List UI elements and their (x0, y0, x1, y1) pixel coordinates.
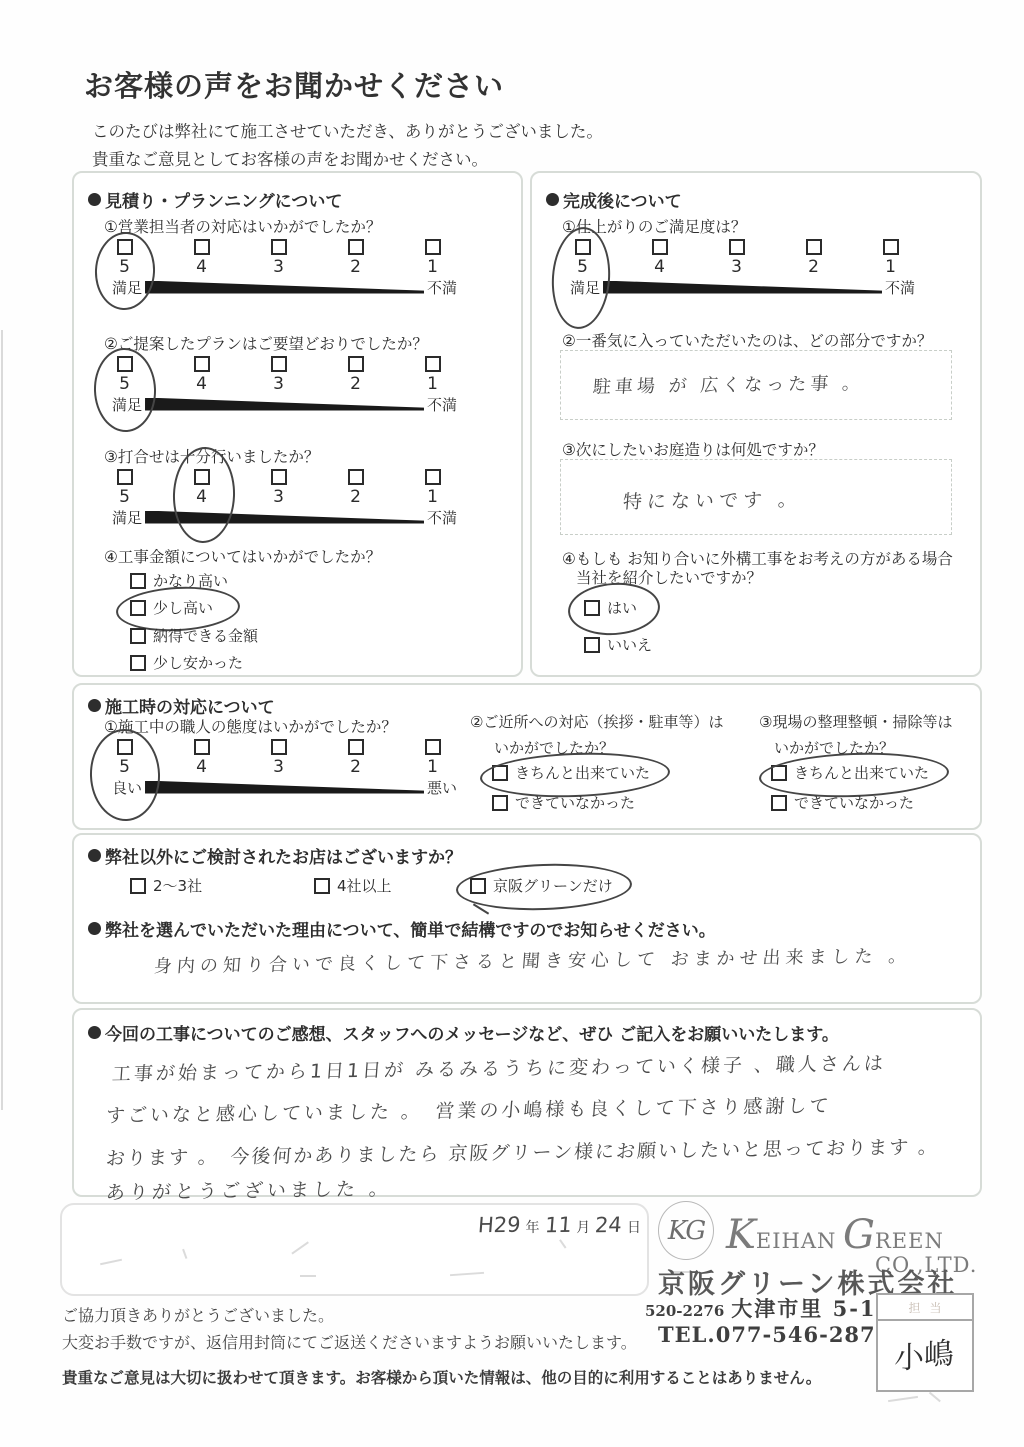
construction-q2-option-done: きちんと出来ていた (492, 762, 650, 783)
construction-q3-option-notdone: できていなかった (771, 792, 914, 813)
checkbox (130, 878, 146, 894)
planning-q4-label: ④工事金額についてはいかがでしたか？ (104, 545, 381, 567)
construction-q2-label-line1: ②ご近所への対応（挨拶・駐車等）は (470, 711, 723, 732)
scale-number: 2 (808, 257, 819, 277)
scale-label-bad: 悪い (427, 777, 457, 798)
comparison-option-2: 4社以上 (314, 875, 392, 896)
construction-q3-option-done: きちんと出来ていた (771, 762, 929, 783)
date-month-suffix: 月 (576, 1217, 590, 1237)
date-era-year: H29 (477, 1213, 521, 1238)
comparison-reason-answer: 身内の知り合いで良くして下さると聞き安心して おまかせ出来ました 。 (153, 942, 912, 979)
scale-label-dissatisfied: 不満 (427, 394, 457, 415)
pencil-smudge (291, 1241, 308, 1254)
checkbox-3 (729, 239, 745, 255)
scale-number: 1 (427, 487, 438, 507)
section-construction: 施工時の対応について ①施工中の職人の態度はいかがでしたか？ 5 4 3 2 1… (72, 683, 982, 830)
section-comparison: 弊社以外にご検討されたお店はございますか？ 2～3社 4社以上 京阪グリーンだけ… (72, 833, 982, 1004)
checkbox-3 (271, 239, 287, 255)
bullet-icon (88, 193, 101, 206)
checkbox-3 (271, 469, 287, 485)
scale-label-dissatisfied: 不満 (427, 507, 457, 528)
construction-q1-label: ①施工中の職人の態度はいかがでしたか？ (104, 715, 397, 737)
comparison-option-1: 2～3社 (130, 875, 202, 896)
scale-label-dissatisfied: 不満 (885, 277, 915, 298)
footer-line-2: 大変お手数ですが、返信用封筒にてご返送くださいますようお願いいたします。 (62, 1330, 637, 1353)
company-zip: 520-2276 (645, 1302, 724, 1320)
checkbox (771, 795, 787, 811)
bullet-icon (546, 193, 559, 206)
scale-number: 3 (273, 374, 284, 394)
completion-q2-label: ②一番気に入っていただいたのは、どの部分ですか？ (562, 329, 932, 351)
feedback-line-2: すごいなと感心していました 。 営業の小嶋様も良くして下さり感謝して (105, 1091, 832, 1128)
comparison-option-3: 京阪グリーンだけ (470, 875, 613, 896)
scale-number: 3 (273, 487, 284, 507)
checkbox-4 (194, 239, 210, 255)
scale-number: 4 (196, 757, 207, 777)
footer-line-1: ご協力頂きありがとうございました。 (62, 1303, 334, 1326)
scale-number: 2 (350, 487, 361, 507)
planning-q4-option-2: 少し高い (130, 597, 213, 618)
pencil-smudge (929, 1392, 941, 1402)
staff-stamp-label: 担当 (878, 1295, 972, 1321)
checkbox-4 (652, 239, 668, 255)
scale-number: 2 (350, 257, 361, 277)
checkbox-4 (194, 739, 210, 755)
scale-number: 4 (196, 257, 207, 277)
date-day-suffix: 日 (627, 1217, 641, 1237)
completion-q1-rating: 5 4 3 2 1 満足 不満 (544, 239, 929, 297)
construction-q1-rating: 5 4 3 2 1 良い 悪い (86, 739, 471, 797)
scale-number: 4 (196, 374, 207, 394)
comparison-shops-question: 弊社以外にご検討されたお店はございますか？ (105, 843, 462, 868)
scale-gradient-wedge (603, 281, 882, 294)
checkbox-2 (348, 469, 364, 485)
pencil-smudge (560, 1239, 567, 1248)
section-planning: 見積り・プランニングについて ①営業担当者の対応はいかがでしたか？ 5 4 3 … (72, 171, 523, 677)
option-label: できていなかった (515, 792, 635, 813)
checkbox (130, 655, 146, 671)
planning-header: 見積り・プランニングについて (105, 187, 342, 212)
completion-q3-answer-box: 特にないです 。 (560, 459, 952, 535)
scale-gradient-wedge (145, 398, 424, 411)
planning-q1-label: ①営業担当者の対応はいかがでしたか？ (104, 215, 381, 237)
scale-gradient-wedge (145, 781, 424, 794)
scale-number: 4 (654, 257, 665, 277)
checkbox (130, 573, 146, 589)
feedback-line-3: おります 。 今後何かありましたら 京阪グリーン様にお願いしたいと思っております… (105, 1132, 940, 1171)
staff-name-signature: 小嶋 (894, 1328, 954, 1379)
completion-q4-option-no: いいえ (584, 634, 652, 655)
pencil-smudge (100, 1259, 122, 1265)
date-line: H29 年 11 月 24 日 (478, 1213, 641, 1237)
scale-number: 5 (119, 487, 130, 507)
option-label: 4社以上 (337, 875, 392, 896)
bullet-icon (88, 849, 101, 862)
checkbox-1 (425, 469, 441, 485)
scale-number: 2 (350, 374, 361, 394)
scale-number: 1 (885, 257, 896, 277)
feedback-line-4: ありがとうございました 。 (105, 1174, 393, 1205)
checkbox-5 (117, 469, 133, 485)
company-tel: TEL.077-546-2877 (658, 1322, 891, 1347)
planning-q3-rating: 5 4 3 2 1 満足 不満 (86, 469, 471, 527)
scale-number: 3 (273, 257, 284, 277)
section-completion: 完成後について ①仕上がりのご満足度は？ 5 4 3 2 1 満足 不満 ②一番… (530, 171, 982, 677)
checkbox-2 (806, 239, 822, 255)
page-title: お客様の声をお聞かせください (84, 64, 504, 105)
handdrawn-circle-completion-q4 (566, 580, 661, 638)
checkbox-1 (425, 739, 441, 755)
pencil-smudge (300, 1275, 316, 1277)
comparison-reason-question: 弊社を選んでいただいた理由について、簡単で結構ですのでお知らせください。 (105, 916, 716, 941)
scale-gradient-wedge (145, 281, 424, 294)
bullet-icon (88, 1026, 101, 1039)
customer-name-box: H29 年 11 月 24 日 (60, 1203, 649, 1296)
intro-line-1: このたびは弊社にて施工させていただき、ありがとうございました。 (92, 118, 603, 142)
option-label: 2～3社 (153, 875, 202, 896)
section-feedback: 今回の工事についてのご感想、スタッフへのメッセージなど、ぜひ ご記入をお願いいた… (72, 1008, 982, 1197)
completion-header: 完成後について (563, 187, 682, 212)
feedback-header: 今回の工事についてのご感想、スタッフへのメッセージなど、ぜひ ご記入をお願いいた… (105, 1020, 839, 1045)
construction-q2-option-notdone: できていなかった (492, 792, 635, 813)
company-monogram-logo: KG (658, 1201, 714, 1260)
scale-number: 3 (731, 257, 742, 277)
scale-number: 3 (273, 757, 284, 777)
scan-edge-line (1, 330, 3, 1110)
scanned-survey-page: お客様の声をお聞かせください このたびは弊社にて施工させていただき、ありがとうご… (0, 0, 1024, 1447)
completion-q4-option-yes: はい (584, 597, 637, 618)
monogram-letters: KG (668, 1216, 704, 1246)
pencil-smudge (888, 1396, 918, 1402)
checkbox (492, 795, 508, 811)
planning-q4-option-3: 納得できる金額 (130, 625, 258, 646)
handdrawn-circle-comparison (455, 861, 632, 913)
checkbox-3 (271, 739, 287, 755)
completion-q3-label: ③次にしたいお庭造りは何処ですか？ (562, 438, 824, 460)
checkbox-1 (425, 239, 441, 255)
scale-number: 1 (427, 257, 438, 277)
checkbox (314, 878, 330, 894)
intro-line-2: 貴重なご意見としてお客様の声をお聞かせください。 (92, 146, 488, 170)
checkbox-3 (271, 356, 287, 372)
scale-number: 1 (427, 757, 438, 777)
initial-k: K (726, 1212, 756, 1258)
checkbox-1 (883, 239, 899, 255)
date-day: 24 (594, 1213, 622, 1237)
option-label: いいえ (607, 634, 652, 655)
checkbox-1 (425, 356, 441, 372)
option-label: 少し安かった (153, 652, 243, 673)
feedback-line-1: 工事が始まってから1日1日が みるみるうちに変わっていく様子 、職人さんは (111, 1049, 887, 1087)
checkbox (130, 628, 146, 644)
completion-q3-answer: 特にないです 。 (622, 485, 803, 515)
name-en-eihan: EIHAN (756, 1229, 836, 1253)
checkbox-4 (194, 356, 210, 372)
scale-number: 1 (427, 374, 438, 394)
scale-label-satisfied: 満足 (112, 507, 142, 528)
option-label: できていなかった (794, 792, 914, 813)
planning-q1-rating: 5 4 3 2 1 満足 不満 (86, 239, 471, 297)
option-label: 納得できる金額 (153, 625, 258, 646)
initial-g: G (843, 1212, 875, 1258)
staff-stamp-box: 担当 小嶋 (876, 1293, 974, 1392)
checkbox-2 (348, 239, 364, 255)
bullet-icon (88, 922, 101, 935)
footer-line-3: 貴重なご意見は大切に扱わせて頂きます。お客様から頂いた情報は、他の目的に利用する… (62, 1366, 821, 1388)
bullet-icon (88, 699, 101, 712)
pencil-smudge (450, 1272, 484, 1276)
pencil-smudge (183, 1249, 188, 1259)
planning-q4-option-4: 少し安かった (130, 652, 243, 673)
checkbox-2 (348, 356, 364, 372)
checkbox (584, 637, 600, 653)
construction-q3-label-line1: ③現場の整理整頓・掃除等は (759, 711, 952, 732)
scale-label-dissatisfied: 不満 (427, 277, 457, 298)
checkbox-2 (348, 739, 364, 755)
scale-number: 2 (350, 757, 361, 777)
date-month: 11 (544, 1213, 572, 1237)
planning-q2-label: ②ご提案したプランはご要望どおりでしたか？ (104, 332, 428, 354)
completion-q2-answer-box: 駐車場 が 広くなった事 。 (560, 350, 952, 420)
completion-q2-answer: 駐車場 が 広くなった事 。 (592, 369, 865, 399)
date-year-suffix: 年 (526, 1217, 540, 1237)
planning-q2-rating: 5 4 3 2 1 満足 不満 (86, 356, 471, 414)
